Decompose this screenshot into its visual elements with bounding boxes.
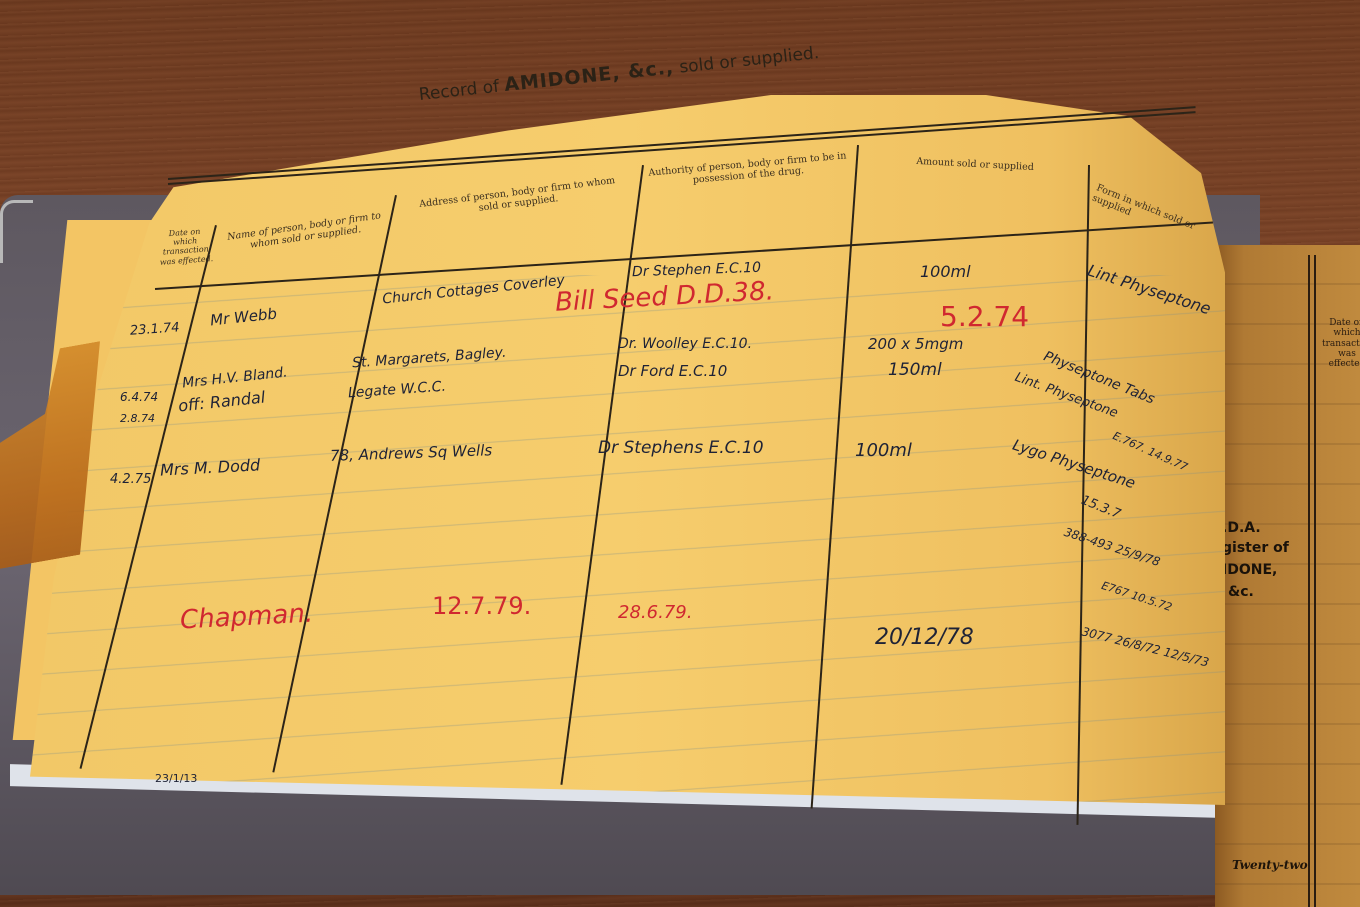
entry-3-date: 2.8.74 — [120, 412, 155, 425]
spine-text-line2: gister of — [1222, 540, 1289, 556]
red-date-annotation-2: 28.6.79. — [618, 602, 692, 623]
right-page-rule — [1308, 255, 1310, 907]
title-prefix: Record of — [418, 77, 500, 105]
binder-metal-edge — [0, 200, 33, 263]
entry-2-authority: Dr. Woolley E.C.10. — [618, 336, 752, 352]
column-header-date: Date on which transaction was effected. — [157, 226, 214, 266]
title-suffix: sold or supplied. — [678, 43, 820, 78]
red-date: 5.2.74 — [940, 300, 1029, 333]
red-date-annotation-1: 12.7.79. — [432, 592, 531, 620]
spine-text-line4: &c. — [1228, 584, 1254, 600]
right-page-rule — [1314, 255, 1316, 907]
entry-2-amount: 200 x 5mgm — [868, 335, 963, 353]
spine-text-line3: IDONE, — [1222, 562, 1277, 578]
right-page-date-header: Date on which transaction was effected — [1322, 318, 1360, 370]
entry-4-date: 4.2.75 — [110, 472, 151, 487]
title-drug: AMIDONE, &c., — [503, 56, 675, 96]
entry-2-date: 6.4.74 — [120, 390, 158, 404]
spine-text-line1: .D.A. — [1222, 520, 1261, 536]
page-number-label: Twenty-two — [1232, 858, 1308, 872]
black-date-annotation: 20/12/78 — [875, 625, 974, 650]
entry-3-authority: Dr Ford E.C.10 — [618, 362, 727, 380]
entry-4-authority: Dr Stephens E.C.10 — [598, 438, 764, 458]
page-title: Record of AMIDONE, &c., sold or supplied… — [418, 41, 820, 105]
entry-3-amount: 150ml — [888, 360, 942, 380]
footer-note: 23/1/13 — [155, 772, 197, 785]
entry-4-amount: 100ml — [855, 440, 912, 461]
entry-1-amount: 100ml — [920, 262, 971, 281]
